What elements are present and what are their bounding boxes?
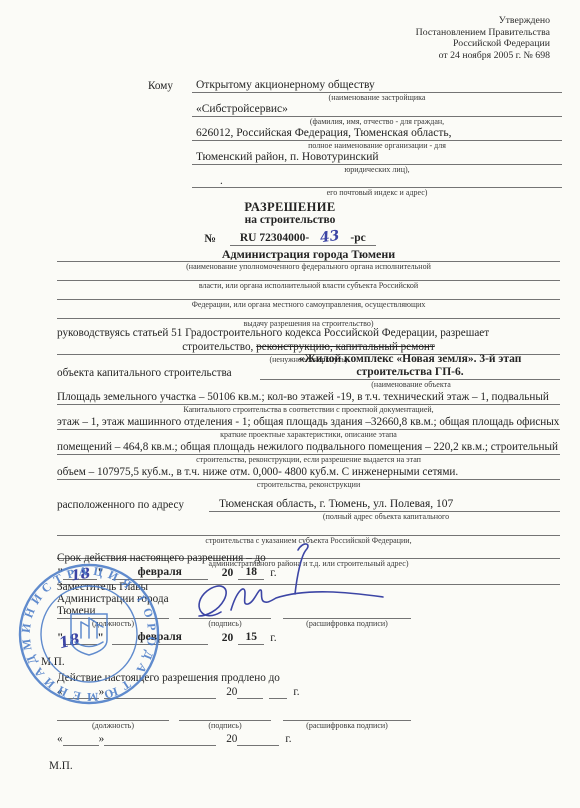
year-letter: г. — [285, 733, 291, 746]
year-field — [269, 698, 287, 699]
signature-caption: (подпись) — [179, 721, 271, 731]
authority-caption: (наименование уполномоченного федерально… — [57, 262, 560, 272]
recipient-empty-field: . — [192, 175, 562, 188]
blank-line — [57, 272, 560, 281]
description-line: помещений – 464,8 кв.м.; общая площадь н… — [57, 440, 560, 455]
recipient-block: Кому Открытому акционерному обществу (на… — [148, 79, 562, 198]
recipient-caption: полное наименование организации - для — [192, 141, 562, 151]
signature-field — [179, 711, 271, 721]
permit-number-suffix: -рс — [350, 232, 365, 244]
recipient-label: Кому — [148, 80, 192, 93]
blank-line — [57, 526, 560, 536]
authority-name: Администрация города Тюмени — [57, 247, 560, 262]
blank-line — [57, 310, 560, 319]
century-text: 20 — [226, 686, 237, 699]
prolongation-date-line: « » 20 г. — [57, 732, 560, 746]
authority-caption: власти, или органа исполнительной власти… — [57, 281, 560, 291]
recipient-address-field: 626012, Российская Федерация, Тюменская … — [192, 127, 562, 141]
blank-line — [57, 291, 560, 300]
recipient-caption: юридических лиц), — [192, 165, 562, 175]
year-field — [237, 698, 263, 699]
number-sign: № — [204, 233, 216, 246]
description-line: этаж – 1, этаж машинного отделения - 1; … — [57, 415, 560, 430]
intro-line: руководствуясь статьей 51 Градостроитель… — [57, 327, 560, 340]
approval-line: Утверждено — [416, 15, 550, 27]
object-label: объекта капитального строительства — [57, 367, 260, 380]
document-subtitle: на строительство — [0, 214, 580, 226]
approval-line: Постановлением Правительства — [416, 27, 550, 39]
permit-number-handwritten: 43 — [319, 230, 340, 246]
year-letter: г. — [293, 686, 299, 699]
year-letter: г. — [270, 632, 276, 645]
recipient-caption: (наименование застройщика — [192, 93, 562, 103]
struck-options: реконструкцию, капитальный ремонт — [256, 341, 435, 353]
transcript-caption: (расшифровка подписи) — [283, 721, 411, 731]
approval-line: от 24 ноября 2005 г. № 698 — [416, 50, 550, 62]
day-field — [63, 745, 99, 746]
description-line: объем – 107975,5 куб.м., в т.ч. ниже отм… — [57, 465, 560, 480]
position-caption: (должность) — [57, 721, 169, 731]
address-field: Тюменская область, г. Тюмень, ул. Полева… — [209, 498, 560, 512]
construction-word: строительство, — [182, 341, 253, 353]
permit-number-line: № RU 72304000- 43 -рс — [0, 228, 580, 246]
approval-line: Российской Федерации — [416, 38, 550, 50]
signature-row — [57, 711, 560, 721]
month-field — [104, 745, 216, 746]
authority-block: Администрация города Тюмени (наименовани… — [57, 247, 560, 329]
approval-block: Утверждено Постановлением Правительства … — [416, 15, 550, 61]
object-name-field: «Жилой комплекс «Новая земля». 3-й этап … — [260, 353, 560, 380]
document-title: РАЗРЕШЕНИЕ — [0, 201, 580, 214]
position-field — [57, 711, 169, 721]
description-caption: строительства, реконструкции, если разре… — [57, 455, 560, 465]
transcript-field — [283, 711, 411, 721]
year-field: 15 — [238, 631, 264, 645]
description-caption: строительства, реконструкции — [57, 480, 560, 490]
permit-document-page: Утверждено Постановлением Правительства … — [0, 0, 580, 808]
recipient-district-field: Тюменский район, п. Новотуринский — [192, 151, 562, 165]
century-text: 20 — [226, 733, 237, 746]
address-caption: (полный адрес объекта капитального — [212, 512, 560, 522]
address-label: расположенного по адресу — [57, 499, 209, 512]
administration-round-stamp: АДМИНИСТРАЦИЯ ГОРОДА ТЮМЕНИ — [15, 560, 163, 708]
seal-mark: М.П. — [49, 760, 560, 773]
year-field — [237, 745, 279, 746]
stamp-ship-emblem — [71, 614, 107, 655]
permit-number-field: RU 72304000- 43 -рс — [230, 231, 376, 246]
authority-caption: Федерации, или органа местного самоуправ… — [57, 300, 560, 310]
permit-number-prefix: RU 72304000- — [240, 232, 309, 244]
description-caption: Капитального строительства в соответстви… — [57, 405, 560, 415]
recipient-company-field: «Сибстройсервис» — [192, 103, 562, 117]
object-caption: (наименование объекта — [262, 380, 560, 390]
title-block: РАЗРЕШЕНИЕ на строительство № RU 7230400… — [0, 201, 580, 246]
signature-captions-row: (должность) (подпись) (расшифровка подпи… — [57, 721, 560, 731]
recipient-caption: (фамилия, имя, отчество - для граждан, — [192, 117, 562, 127]
description-caption: краткие проектные характеристики, описан… — [57, 430, 560, 440]
century-text: 20 — [222, 632, 234, 645]
recipient-name-field: Открытому акционерному обществу — [192, 79, 562, 93]
recipient-caption: его почтовый индекс и адрес) — [192, 188, 562, 198]
description-line: Площадь земельного участка – 50106 кв.м.… — [57, 390, 560, 405]
official-signature — [185, 540, 397, 626]
